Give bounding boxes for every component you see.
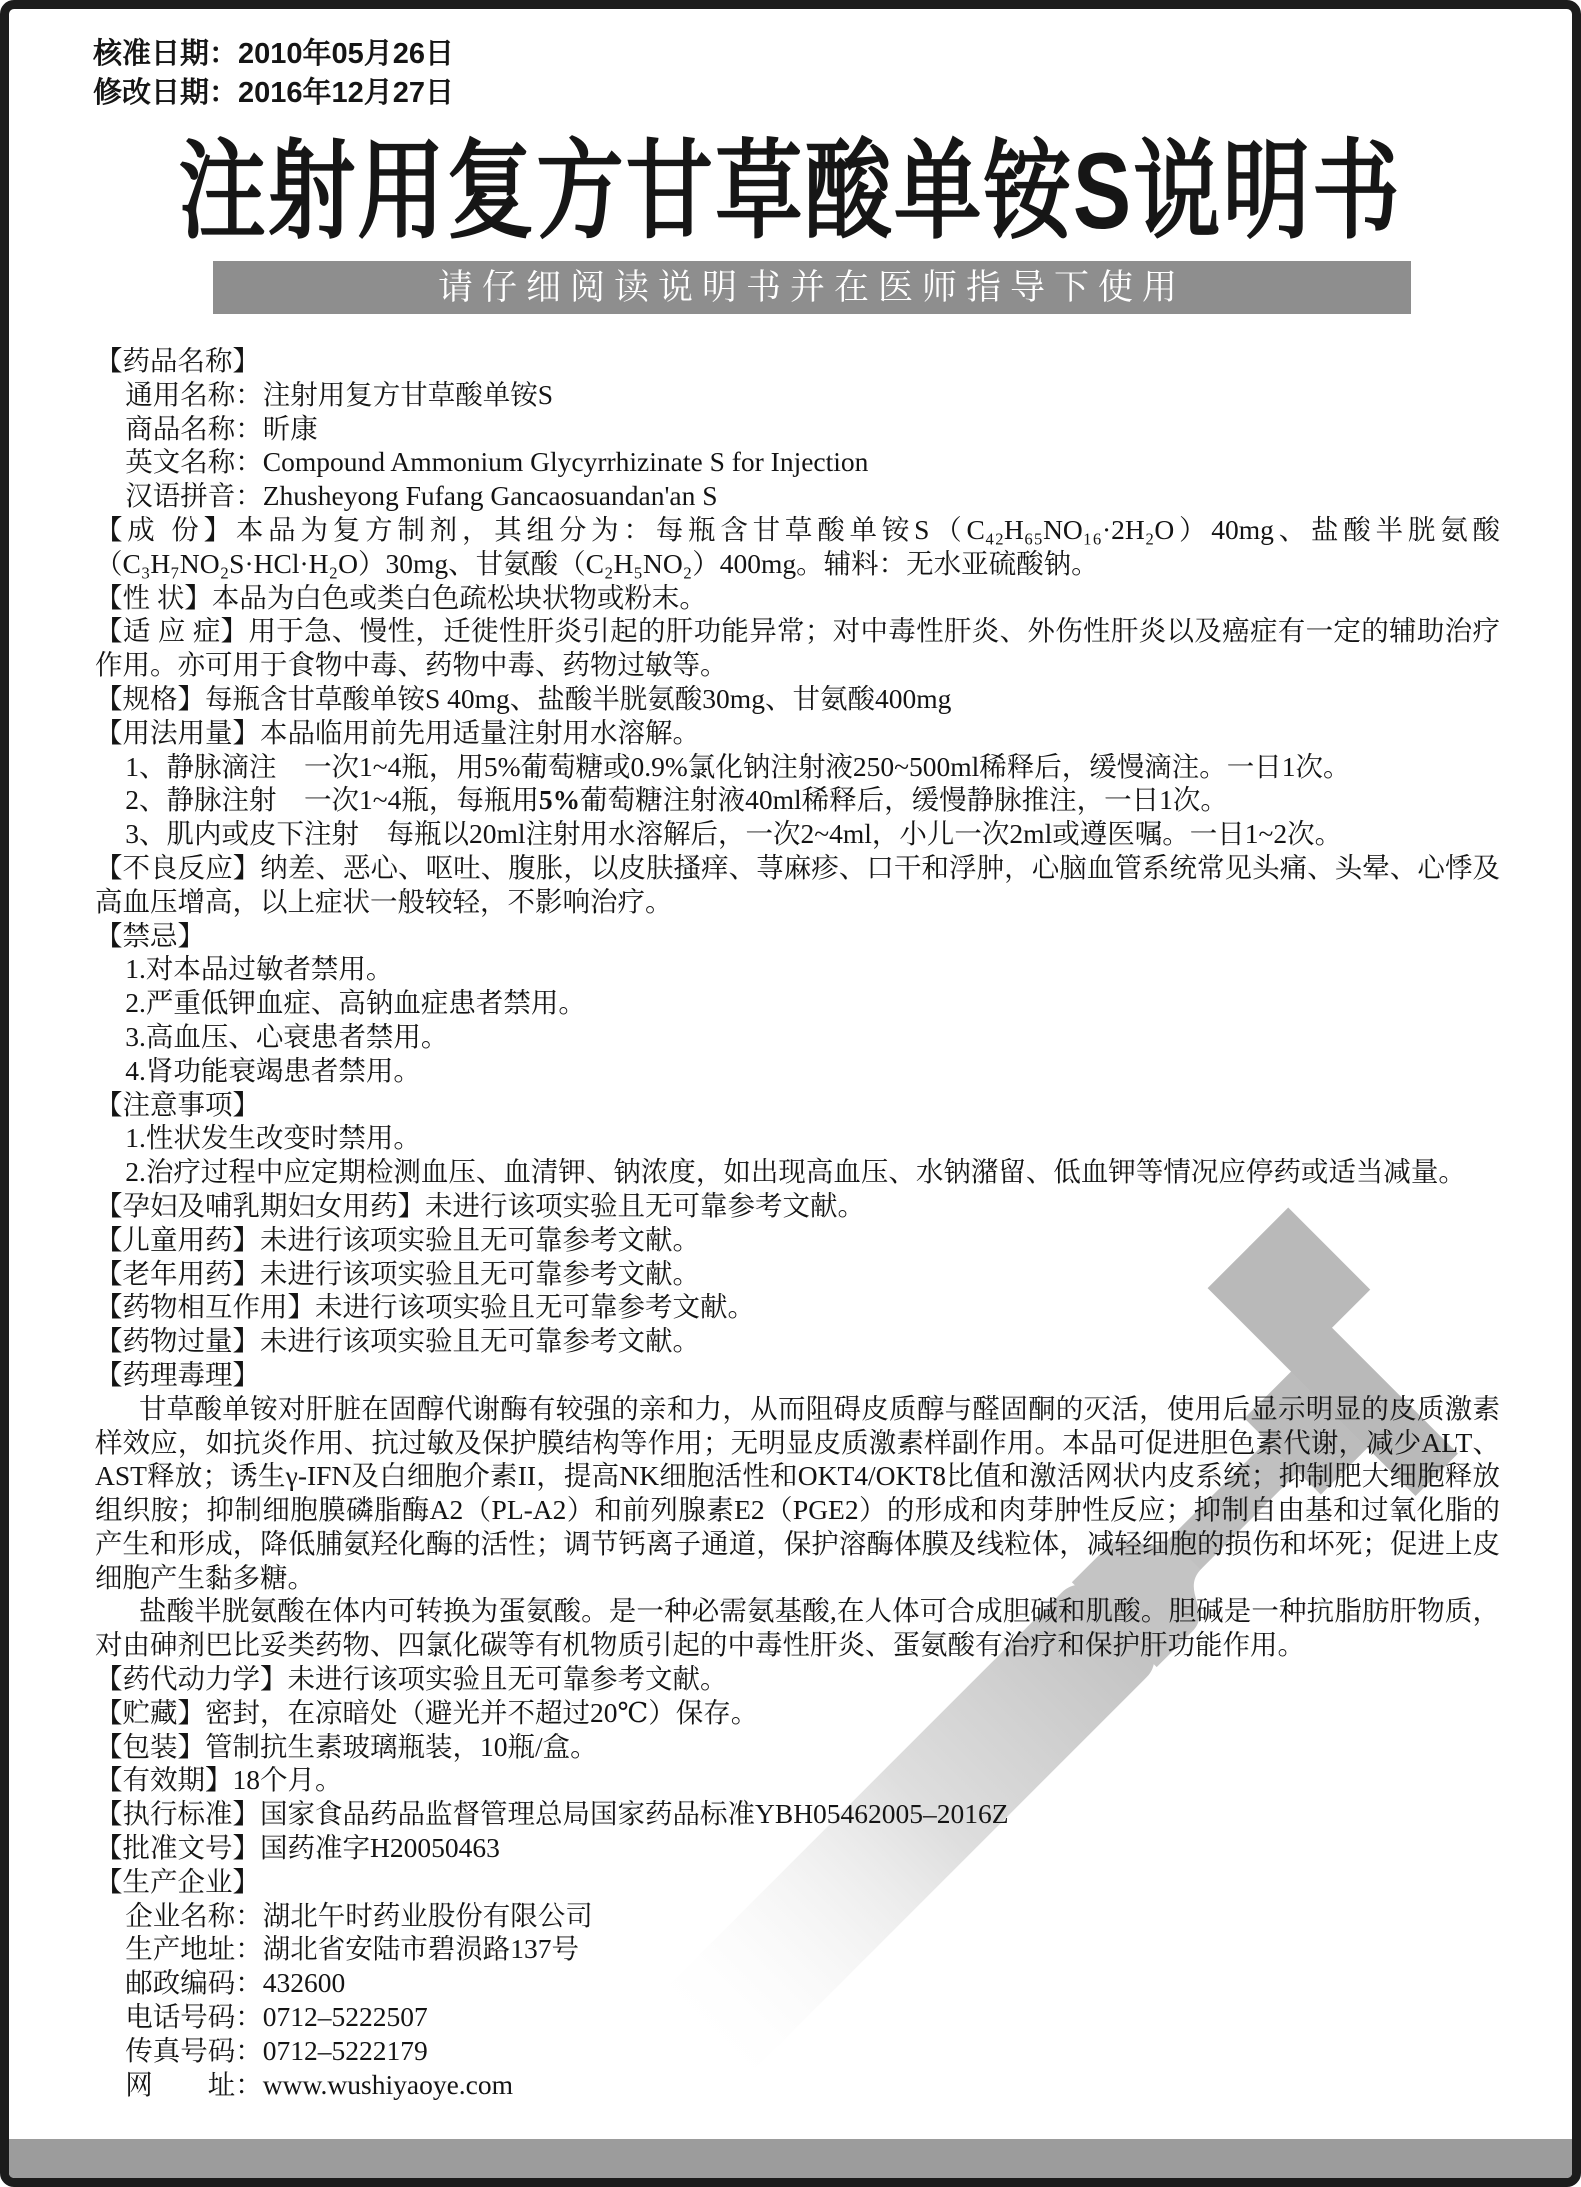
body-line: 【药品名称】 — [95, 344, 1500, 378]
body-line: 【不良反应】纳差、恶心、呕吐、腹胀，以皮肤搔痒、荨麻疹、口干和浮肿，心脑血管系统… — [95, 851, 1500, 919]
body-line: 1.对本品过敏者禁用。 — [95, 952, 1500, 986]
body-line: 【药理毒理】 — [95, 1358, 1500, 1392]
body-line: 企业名称：湖北午时药业股份有限公司 — [95, 1899, 1500, 1933]
body-line: 【规格】每瓶含甘草酸单铵S 40mg、盐酸半胱氨酸30mg、甘氨酸400mg — [95, 682, 1500, 716]
read-notice-bar: 请仔细阅读说明书并在医师指导下使用 — [213, 261, 1411, 314]
drug-title: 注射用复方甘草酸单铵S说明书 — [179, 105, 1402, 260]
body-line: 2.严重低钾血症、高钠血症患者禁用。 — [95, 986, 1500, 1020]
body-line: 商品名称：昕康 — [95, 412, 1500, 446]
body-line: 【孕妇及哺乳期妇女用药】未进行该项实验且无可靠参考文献。 — [95, 1189, 1500, 1223]
body-line: 1、静脉滴注 一次1~4瓶，用5%葡萄糖或0.9%氯化钠注射液250~500ml… — [95, 750, 1500, 784]
body-line: 【用法用量】本品临用前先用适量注射用水溶解。 — [95, 716, 1500, 750]
body-line: 【禁忌】 — [95, 919, 1500, 953]
title-wrap: 注射用复方甘草酸单铵S说明书 — [9, 123, 1572, 241]
body-line: 4.肾功能衰竭患者禁用。 — [95, 1054, 1500, 1088]
body-line: 【适 应 症】用于急、慢性，迁徙性肝炎引起的肝功能异常；对中毒性肝炎、外伤性肝炎… — [95, 614, 1500, 682]
body-line: 生产地址：湖北省安陆市碧涢路137号 — [95, 1932, 1500, 1966]
body-line: 电话号码：0712–5222507 — [95, 2000, 1500, 2034]
body-line: 汉语拼音：Zhusheyong Fufang Gancaosuandan'an … — [95, 479, 1500, 513]
body-line: 【性 状】本品为白色或类白色疏松块状物或粉末。 — [95, 581, 1500, 615]
body-line: 【贮藏】密封，在凉暗处（避光并不超过20℃）保存。 — [95, 1696, 1500, 1730]
body-line: 通用名称：注射用复方甘草酸单铵S — [95, 378, 1500, 412]
text-segment: 2、静脉注射 一次1~4瓶，每瓶用 — [125, 784, 539, 815]
body-line: 英文名称：Compound Ammonium Glycyrrhizinate S… — [95, 445, 1500, 479]
body-line: 【成 份】本品为复方制剂，其组分为：每瓶含甘草酸单铵S（C₄₂H₆₅NO₁₆·2… — [95, 513, 1500, 581]
body-line: 1.性状发生改变时禁用。 — [95, 1121, 1500, 1155]
body-line: 【有效期】18个月。 — [95, 1763, 1500, 1797]
body-line: 【儿童用药】未进行该项实验且无可靠参考文献。 — [95, 1223, 1500, 1257]
body-line: 【药物过量】未进行该项实验且无可靠参考文献。 — [95, 1324, 1500, 1358]
body-line: 3.高血压、心衰患者禁用。 — [95, 1020, 1500, 1054]
body-line: 【注意事项】 — [95, 1088, 1500, 1122]
body-lines: 【药品名称】通用名称：注射用复方甘草酸单铵S商品名称：昕康英文名称：Compou… — [95, 344, 1500, 2101]
body-line: 【执行标准】国家食品药品监督管理总局国家药品标准YBH05462005–2016… — [95, 1797, 1500, 1831]
body-line: 【药物相互作用】未进行该项实验且无可靠参考文献。 — [95, 1290, 1500, 1324]
body-line: 【老年用药】未进行该项实验且无可靠参考文献。 — [95, 1257, 1500, 1291]
body-line: 【批准文号】国药准字H20050463 — [95, 1831, 1500, 1865]
body-line: 网 址：www.wushiyaoye.com — [95, 2068, 1500, 2102]
body-line: 3、肌内或皮下注射 每瓶以20ml注射用水溶解后，一次2~4ml，小儿一次2ml… — [95, 817, 1500, 851]
insert-page: 核准日期：2010年05月26日 修改日期：2016年12月27日 注射用复方甘… — [0, 0, 1581, 2187]
body-line: 【药代动力学】未进行该项实验且无可靠参考文献。 — [95, 1662, 1500, 1696]
body-line: 【生产企业】 — [95, 1865, 1500, 1899]
body-line: 甘草酸单铵对肝脏在固醇代谢酶有较强的亲和力，从而阻碍皮质醇与醛固酮的灭活，使用后… — [95, 1392, 1500, 1595]
approval-date: 核准日期：2010年05月26日 — [93, 35, 1572, 74]
text-segment: 5% — [539, 784, 580, 815]
body-line: 邮政编码：432600 — [95, 1966, 1500, 2000]
body-line: 传真号码：0712–5222179 — [95, 2034, 1500, 2068]
body-line: 【包装】管制抗生素玻璃瓶装，10瓶/盒。 — [95, 1730, 1500, 1764]
body-line: 2、静脉注射 一次1~4瓶，每瓶用5%葡萄糖注射液40ml稀释后，缓慢静脉推注，… — [95, 783, 1500, 817]
body-line: 2.治疗过程中应定期检测血压、血清钾、钠浓度，如出现高血压、水钠潴留、低血钾等情… — [95, 1155, 1500, 1189]
date-block: 核准日期：2010年05月26日 修改日期：2016年12月27日 — [93, 35, 1572, 113]
text-segment: 葡萄糖注射液40ml稀释后，缓慢静脉推注，一日1次。 — [580, 784, 1228, 815]
body-line: 盐酸半胱氨酸在体内可转换为蛋氨酸。是一种必需氨基酸,在人体可合成胆碱和肌酸。胆碱… — [95, 1594, 1500, 1662]
footer-band — [0, 2139, 1581, 2187]
